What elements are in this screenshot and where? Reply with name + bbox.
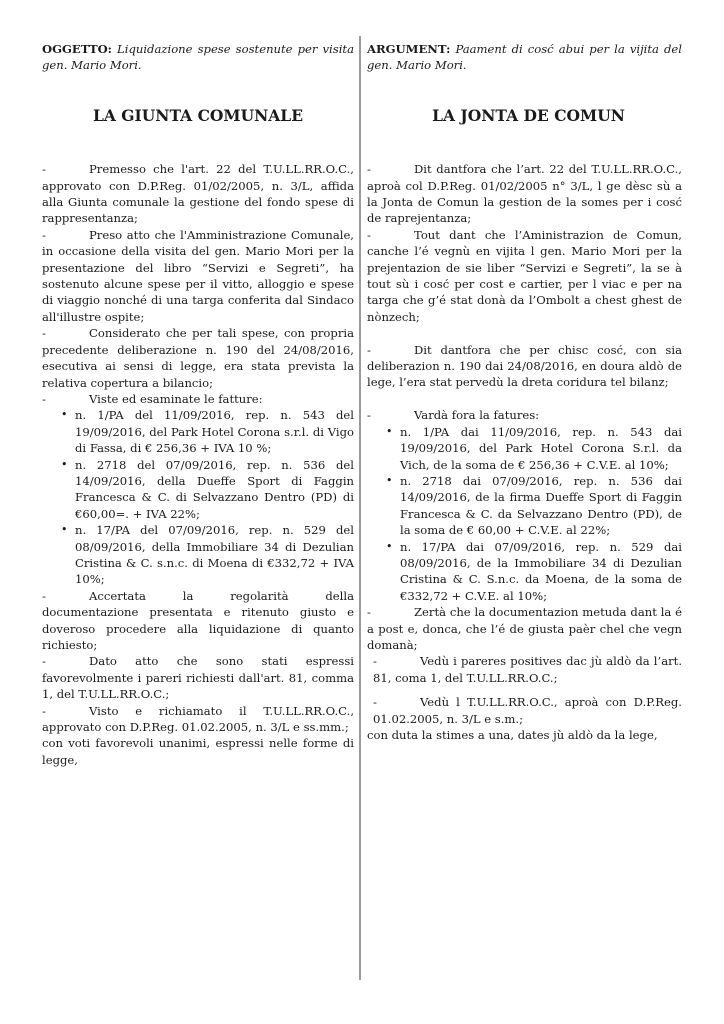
premise-paragraph: -Dit dantfora che l’art. 22 del T.U.LL.R… [367, 161, 682, 227]
premise-paragraph: -Considerato che per tali spese, con pro… [42, 325, 354, 391]
invoice-item: •n. 2718 del 07/09/2016, rep. n. 536 del… [42, 457, 354, 523]
premise-paragraph: -Dit dantfora che per chisc cosć, con si… [367, 342, 682, 391]
paragraph-text: Dit dantfora che per chisc cosć, con sia… [367, 343, 682, 390]
paragraph-text: Vedù l T.U.LL.RR.O.C., aproà con D.P.Reg… [373, 695, 682, 725]
bullet-icon: • [386, 473, 393, 489]
paragraph-text: Viste ed esaminate le fatture: [89, 392, 263, 406]
paragraph-text: Vardà fora la fatures: [414, 408, 539, 422]
dash-marker: - [42, 227, 89, 243]
italian-column: OGGETTO: Liquidazione spese sostenute pe… [42, 41, 354, 768]
invoice-item: •n. 17/PA dai 07/09/2016, rep. n. 529 da… [367, 539, 682, 605]
invoice-item: •n. 1/PA del 11/09/2016, rep. n. 543 del… [42, 407, 354, 456]
premise-paragraph: -Dato atto che sono stati espressi favor… [42, 653, 354, 702]
premise-paragraph: -Viste ed esaminate le fatture: [42, 391, 354, 407]
closing-line: con duta la stimes a una, dates jù aldò … [367, 727, 682, 743]
body-heading: LA GIUNTA COMUNALE [42, 108, 354, 124]
premise-paragraph: -Accertata la regolarità della documenta… [42, 588, 354, 654]
dash-marker: - [367, 407, 414, 423]
premise-paragraph: -Zertà che la documentazion metuda dant … [367, 604, 682, 653]
paragraph-text: Tout dant che l’Aministrazion de Comun, … [367, 228, 682, 324]
invoice-item: •n. 17/PA del 07/09/2016, rep. n. 529 de… [42, 522, 354, 588]
bullet-icon: • [61, 407, 68, 423]
document-page: OGGETTO: Liquidazione spese sostenute pe… [0, 0, 724, 1024]
dash-marker: - [42, 588, 89, 604]
bullet-icon: • [61, 457, 68, 473]
dash-marker: - [367, 227, 414, 243]
premise-paragraph: -Vedù i pareres positives dac jù aldò da… [367, 653, 682, 686]
dash-marker: - [367, 161, 414, 177]
closing-line: con voti favorevoli unanimi, espressi ne… [42, 735, 354, 768]
bullet-icon: • [386, 539, 393, 555]
body-heading: LA JONTA DE COMUN [375, 108, 682, 124]
invoice-item: •n. 1/PA dai 11/09/2016, rep. n. 543 dai… [367, 424, 682, 473]
subject-label: ARGUMENT: [367, 42, 450, 56]
dash-marker: - [42, 703, 89, 719]
spacer [367, 391, 682, 407]
invoice-text: n. 17/PA dai 07/09/2016, rep. n. 529 dai… [400, 540, 682, 603]
paragraph-text: Dato atto che sono stati espressi favore… [42, 654, 354, 701]
premise-paragraph: -Tout dant che l’Aministrazion de Comun,… [367, 227, 682, 325]
spacer [367, 686, 682, 694]
dash-marker: - [42, 161, 89, 177]
invoice-text: n. 2718 del 07/09/2016, rep. n. 536 del … [75, 458, 354, 521]
premise-paragraph: -Preso atto che l'Amministrazione Comuna… [42, 227, 354, 325]
spacer [367, 325, 682, 341]
paragraph-text: Dit dantfora che l’art. 22 del T.U.LL.RR… [367, 162, 682, 225]
subject-line: ARGUMENT: Paament di cosć abui per la vi… [367, 41, 682, 74]
dash-marker: - [42, 391, 89, 407]
bullet-icon: • [61, 522, 68, 538]
dash-marker: - [373, 694, 420, 710]
invoice-text: n. 17/PA del 07/09/2016, rep. n. 529 del… [75, 523, 354, 586]
invoice-text: n. 1/PA del 11/09/2016, rep. n. 543 del … [75, 408, 354, 455]
ladin-column: ARGUMENT: Paament di cosć abui per la vi… [367, 41, 682, 743]
invoice-list: •n. 1/PA dai 11/09/2016, rep. n. 543 dai… [367, 424, 682, 604]
paragraph-text: Accertata la regolarità della documentaz… [42, 589, 354, 652]
subject-label: OGGETTO: [42, 42, 112, 56]
subject-line: OGGETTO: Liquidazione spese sostenute pe… [42, 41, 354, 74]
column-divider [359, 36, 361, 980]
premise-paragraph: -Visto e richiamato il T.U.LL.RR.O.C., a… [42, 703, 354, 736]
premise-paragraph: -Vedù l T.U.LL.RR.O.C., aproà con D.P.Re… [367, 694, 682, 727]
invoice-text: n. 2718 dai 07/09/2016, rep. n. 536 dai … [400, 474, 682, 537]
invoice-list: •n. 1/PA del 11/09/2016, rep. n. 543 del… [42, 407, 354, 587]
dash-marker: - [42, 325, 89, 341]
paragraph-text: Premesso che l'art. 22 del T.U.LL.RR.O.C… [42, 162, 354, 225]
premise-paragraph: -Vardà fora la fatures: [367, 407, 682, 423]
paragraph-text: Zertà che la documentazion metuda dant l… [367, 605, 682, 652]
dash-marker: - [367, 604, 414, 620]
invoice-item: •n. 2718 dai 07/09/2016, rep. n. 536 dai… [367, 473, 682, 539]
premise-paragraph: -Premesso che l'art. 22 del T.U.LL.RR.O.… [42, 161, 354, 227]
paragraph-text: Visto e richiamato il T.U.LL.RR.O.C., ap… [42, 704, 354, 734]
paragraph-text: Vedù i pareres positives dac jù aldò da … [373, 654, 682, 684]
dash-marker: - [373, 653, 420, 669]
bullet-icon: • [386, 424, 393, 440]
paragraph-text: Considerato che per tali spese, con prop… [42, 326, 354, 389]
dash-marker: - [367, 342, 414, 358]
dash-marker: - [42, 653, 89, 669]
invoice-text: n. 1/PA dai 11/09/2016, rep. n. 543 dai … [400, 425, 682, 472]
